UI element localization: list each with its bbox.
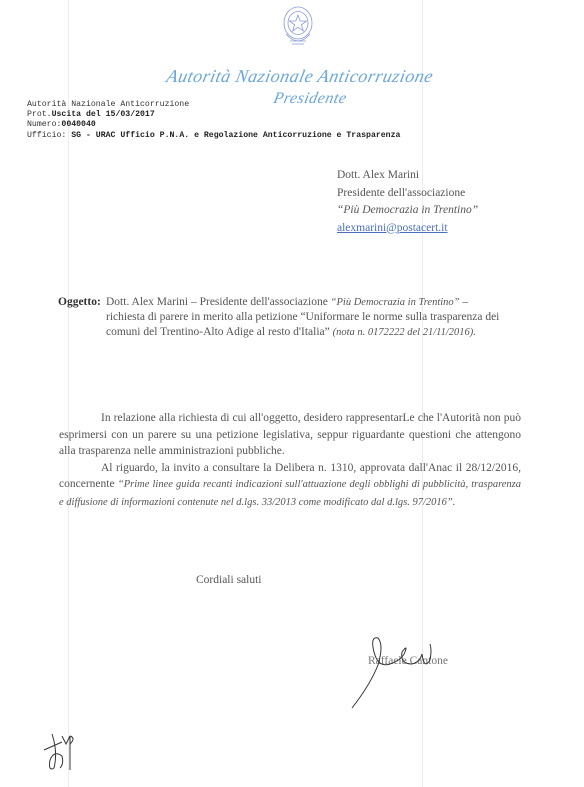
prot-label: Prot. (27, 110, 52, 119)
protocol-stamp: Autorità Nazionale Anticorruzione Prot.U… (27, 100, 400, 141)
addressee-title: Presidente dell'associazione (337, 185, 478, 203)
body-paragraph-1: In relazione alla richiesta di cui all'o… (59, 410, 521, 460)
closing-salutation: Cordiali saluti (196, 574, 261, 586)
handwritten-initials-icon (40, 730, 80, 775)
addressee-block: Dott. Alex Marini Presidente dell'associ… (337, 167, 478, 237)
protocol-number-line: Prot.Uscita del 15/03/2017 (27, 110, 400, 120)
protocol-ufficio-line: Ufficio: SG - URAC Ufficio P.N.A. e Rego… (27, 131, 400, 141)
numero-label: Numero: (27, 120, 61, 129)
letter-body: In relazione alla richiesta di cui all'o… (59, 410, 521, 511)
delibera-title: “Prime linee guida recanti indicazioni s… (59, 479, 521, 508)
addressee-association: “Più Democrazia in Trentino” (337, 202, 478, 220)
protocol-authority: Autorità Nazionale Anticorruzione (27, 100, 400, 110)
ufficio-label: Ufficio: (27, 131, 66, 140)
subject-label: Oggetto: (58, 295, 101, 310)
subject-association: “Più Democrazia in Trentino” (331, 297, 460, 308)
addressee-name: Dott. Alex Marini (337, 167, 478, 185)
protocol-numero-line: Numero:0040040 (27, 120, 400, 130)
prot-value: Uscita del 15/03/2017 (52, 110, 155, 119)
italian-republic-emblem-icon (281, 4, 315, 48)
letterhead-authority: Autorità Nazionale Anticorruzione (118, 66, 482, 87)
ufficio-value: SG - URAC Ufficio P.N.A. e Regolazione A… (71, 131, 400, 140)
subject-text: Dott. Alex Marini – Presidente dell'asso… (106, 295, 508, 340)
subject-note: (nota n. 0172222 del 21/11/2016). (333, 327, 476, 338)
handwritten-signature-icon (350, 630, 460, 710)
subject-block: Oggetto: Dott. Alex Marini – Presidente … (58, 295, 508, 340)
body-paragraph-2: Al riguardo, la invito a consultare la D… (59, 460, 521, 512)
addressee-email-link[interactable]: alexmarini@postacert.it (337, 220, 478, 238)
numero-value: 0040040 (61, 120, 95, 129)
